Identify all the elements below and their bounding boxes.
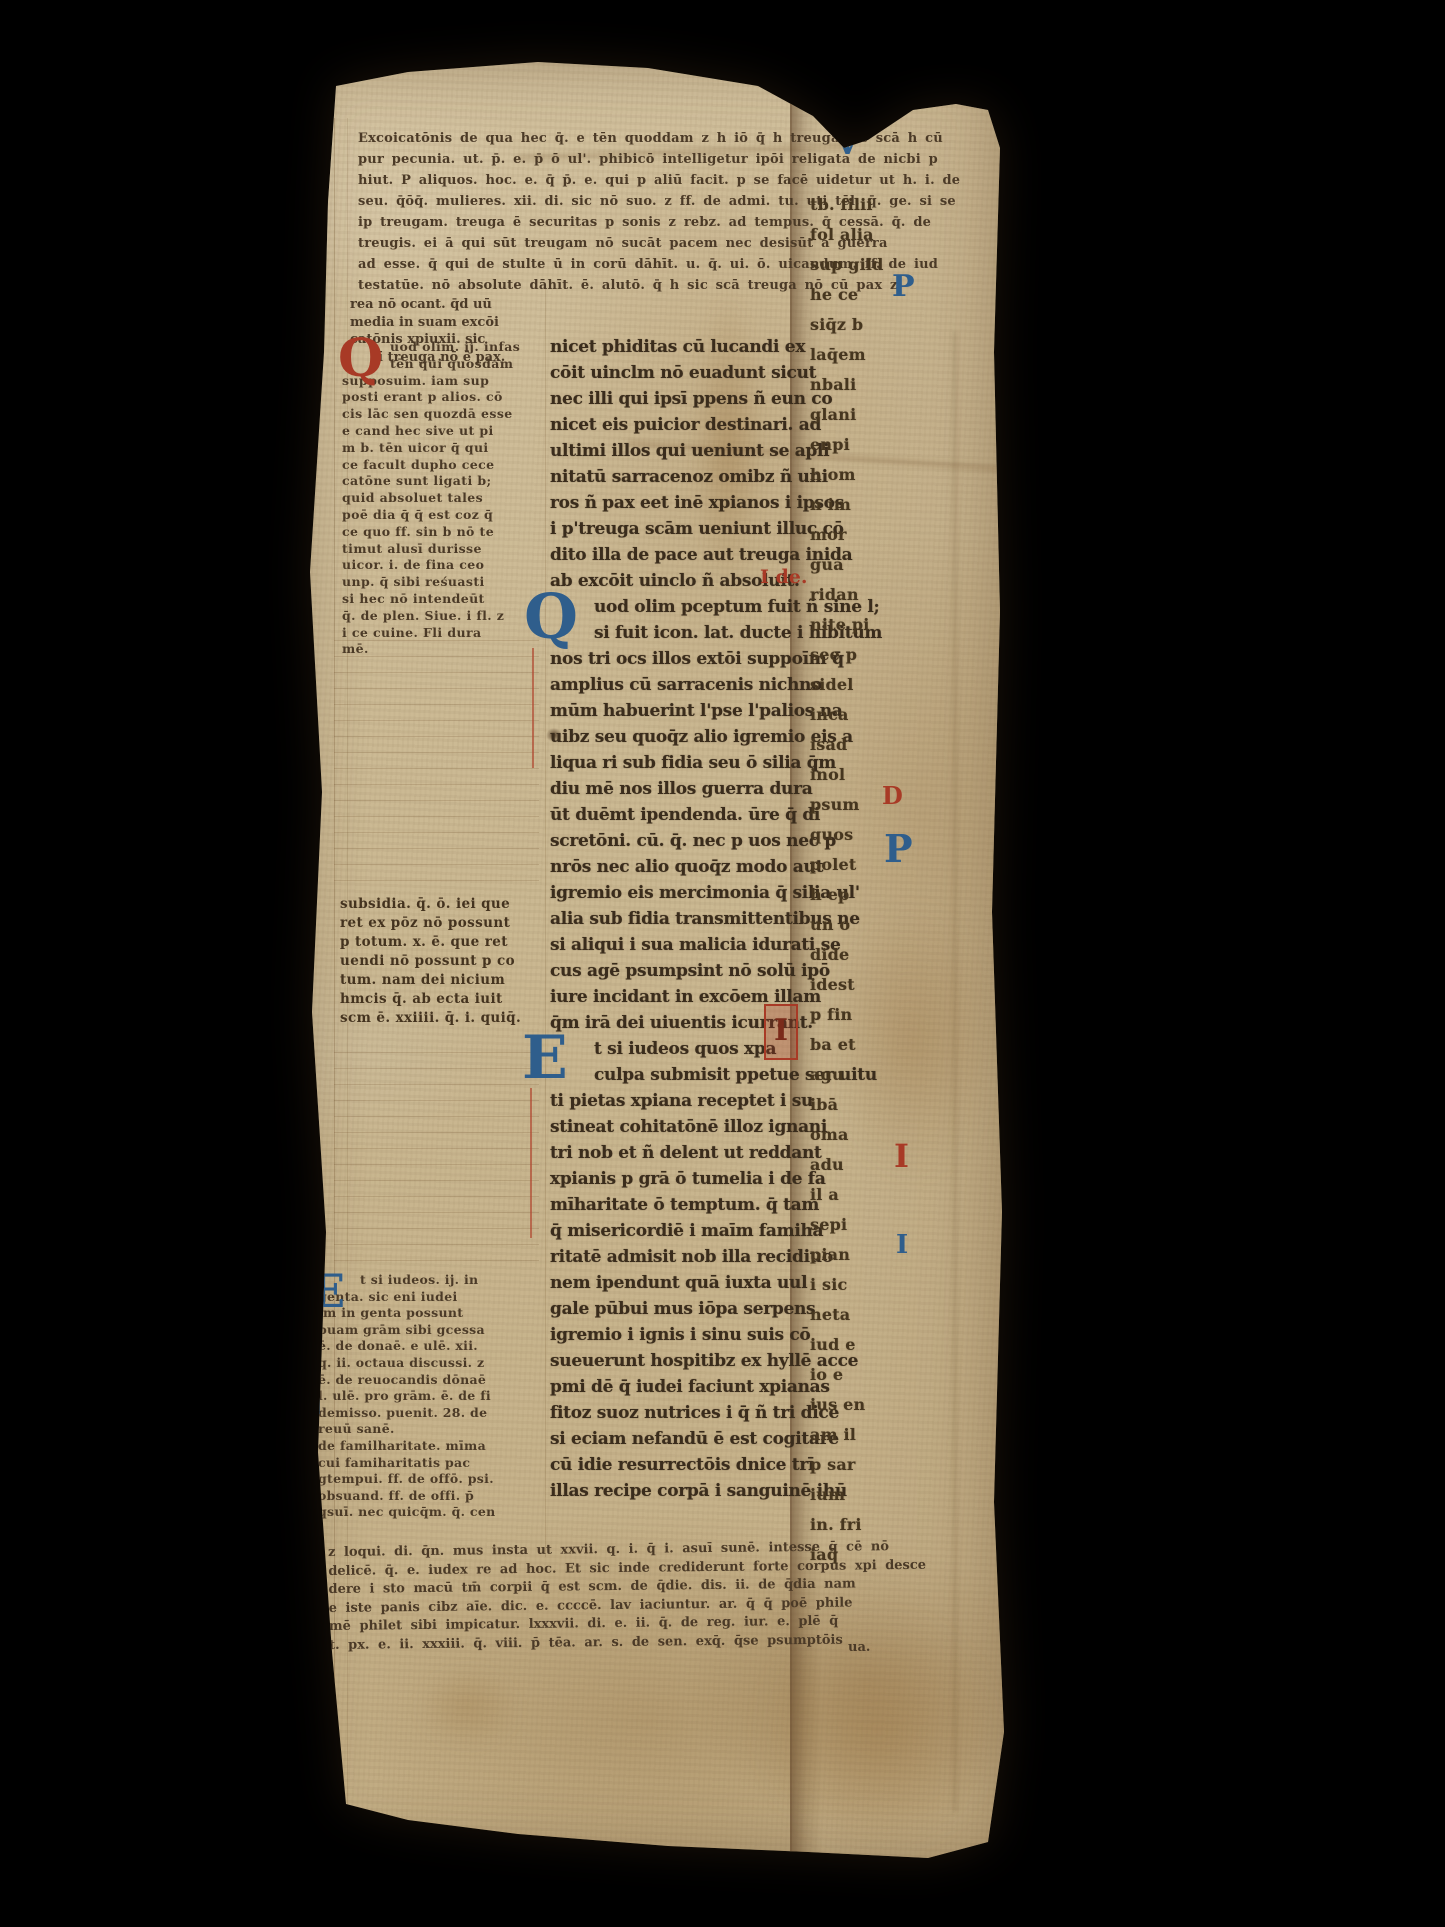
text-line: p fin [810,1000,1006,1030]
text-line: see p [810,640,1006,670]
manuscript-leaf: Excoicatōnis de qua hec q̄. e tēn quodda… [288,52,1010,1864]
text-line: cū idie resurrectōis dnice trī [550,1452,804,1478]
text-line: isad [810,730,1006,760]
main-initial-E-blue: E [522,1028,568,1088]
gloss-initial-E-blue: E [310,1268,345,1314]
text-line: ip treugam. treuga ē securitas p sonis z… [358,212,888,233]
text-line: uibz seu quoq̄z alio igremio eis a [550,724,804,750]
text-line: mūm habuerint l'pse l'palios na [550,698,804,724]
text-line: p sar [810,1450,1006,1480]
text-line: uicor. i. de fina ceo [342,557,524,574]
text-line: posti erant p alios. cō [342,389,524,406]
text-line: de familharitate. mīma [318,1438,495,1455]
text-line: ridan [810,580,1006,610]
text-line: ius en [810,1390,1006,1420]
text-line: nec illi qui ipsī ppens ñ eun co [550,386,804,412]
text-line: il a [810,1180,1006,1210]
text-line: reuū sanē. [318,1421,495,1438]
text-line: h om [810,460,1006,490]
text-line: l. ulē. pro grām. ē. de fi [318,1388,495,1405]
text-line: tum. nam dei nicium [340,971,521,990]
text-line: nicet phiditas cū lucandi ex [550,334,804,360]
text-line: nicet eis puicior destinari. ad [550,412,804,438]
catch-mark-V-blue: V [834,126,860,160]
text-line: scretōni. cū. q̄. nec p uos nec p [550,828,804,854]
main-paraph-I-red: I de. [760,568,808,587]
text-line: scm ē. xxiiii. q̄. i. quiq̄. [340,1009,521,1028]
text-line: iaq̄ [810,1540,1006,1570]
text-line: hmcis q̄. ab ecta iuit [340,990,521,1009]
text-line: q̄. de plen. Siue. i fl. z [342,608,524,625]
text-line: igremio i ignis i sinu suis cō [550,1322,804,1348]
text-line: cus agē psumpsint nō solū ipō [550,958,804,984]
text-line: qsuī. nec quicq̄m. q̄. cen [318,1504,495,1521]
text-line: h ep [810,880,1006,910]
strip-initial-I-red: I [894,1140,909,1172]
text-line: pmi dē q̄ iudei faciunt xpianas [550,1374,804,1400]
text-line: dito illa de pace aut treuga inida [550,542,804,568]
text-line: ce quo ff. sin b nō te [342,524,524,541]
text-line: si aliqui i sua malicia idurati se [550,932,804,958]
text-line: nrōs nec alio quoq̄z modo aut [550,854,804,880]
text-line: gtempui. ff. de offō. psi. [318,1471,495,1488]
text-line: ba et [810,1030,1006,1060]
text-line: p totum. x. ē. que ret [340,933,521,952]
text-line: subsidia. q̄. ō. iei que [340,895,521,914]
text-line: enpi [810,430,1006,460]
strip-initial-P-blue-1: P [892,272,915,302]
text-line: amplius cū sarracenis nichno [550,672,804,698]
text-line: io e [810,1360,1006,1390]
main-boxed-I-red: I [764,1004,798,1060]
text-line: inca [810,700,1006,730]
text-line: ce facult dupho cece [342,457,524,474]
text-line: uod olim pceptum fuit ñ sine l; [550,594,804,620]
text-line: illas recipe corpā i sanguinē ihū [550,1478,804,1504]
text-line: rea nō ocant. q̄d uū [350,296,505,314]
text-line: cui famiharitatis pac [318,1455,495,1472]
text-line: gua [810,550,1006,580]
text-line: ad esse. q̄ qui de stulte ū in corū dāhī… [358,254,888,275]
text-line: xpianis p grā ō tumelia i de fa [550,1166,804,1192]
text-line: obsuand. ff. de offi. p̄ [318,1488,495,1505]
text-line: mē. [342,641,524,658]
text-line: nitatū sarracenoz omibz ñ uni [550,464,804,490]
text-line: culpa submisit ppetue ser uitu [550,1062,804,1088]
strip-initial-P-blue-2: P [884,830,913,868]
text-line: neta [810,1300,1006,1330]
ruling-lines [334,640,539,895]
text-line: ium [810,1480,1006,1510]
text-line: sueuerunt hospitibz ex hyllē acce [550,1348,804,1374]
text-line: timut alusī durisse [342,541,524,558]
text-line: Excoicatōnis de qua hec q̄. e tēn quodda… [358,128,888,149]
text-line: tb. filii [810,190,1006,220]
text-line: si fuit icon. lat. ducte i hibitum [550,620,804,646]
text-line: ē. de donaē. e ulē. xii. [318,1338,495,1355]
text-line: glani [810,400,1006,430]
text-line: mor [810,520,1006,550]
text-line: demisso. puenit. 28. de [318,1405,495,1422]
gloss-initial-E-blue-flourish [318,1314,320,1414]
ruling-lines [334,1052,539,1270]
text-line: treugis. ei ā qui sūt treugam nō sucāt p… [358,233,888,254]
text-line: inol [810,760,1006,790]
text-line: ibā [810,1090,1006,1120]
text-line: nem ipendunt quā iuxta uul [550,1270,804,1296]
adjacent-leaf-column: tb. filiifol aliasup gildhe cesiq̄z blaq… [810,190,1006,1570]
text-line: catōne sunt ligati b; [342,473,524,490]
ruling-vertical [545,287,546,1557]
text-line: tri nob et ñ delent ut reddant [550,1140,804,1166]
text-line: testatūe. nō absolute dāhīt. ē. alutō. q… [358,275,888,296]
text-line: in. fri [810,1510,1006,1540]
text-line: puam grām sibi gcessa [318,1322,495,1339]
text-line: iud e [810,1330,1006,1360]
gloss-end-mark: ua. [848,1640,870,1655]
text-line: cōit uinclm nō euadunt sicut [550,360,804,386]
text-line: i p'treuga scām ueniunt illuc cō [550,516,804,542]
parchment-surface: Excoicatōnis de qua hec q̄. e tēn quodda… [288,52,1010,1864]
text-line: q. ii. octaua discussi. z [318,1355,495,1372]
strip-initial-D-red: D [882,784,903,808]
text-line: pur pecunia. ut. p̄. e. p̄ ō ul'. phibic… [358,149,888,170]
text-line: idest [810,970,1006,1000]
text-line: ūt duēmt ipendenda. ūre q̄ di [550,802,804,828]
text-line: unp. q̄ sibi reśuasti [342,574,524,591]
text-line: ros ñ pax eet inē xpianos i ipsos [550,490,804,516]
text-line: cis lāc sen quozdā esse [342,406,524,423]
text-line: i sic [810,1270,1006,1300]
text-line: nbali [810,370,1006,400]
gloss-initial-Q-red: Q [338,333,383,385]
text-line: sidel [810,670,1006,700]
text-line: ultimi illos qui ueniunt se apli [550,438,804,464]
text-line: si hec nō intendeūt [342,591,524,608]
text-line: hiut. P aliquos. hoc. e. q̄ p̄. e. qui p… [358,170,888,191]
text-line: fol alia [810,220,1006,250]
text-line: liqua ri sub fidia seu ō silia q̄m [550,750,804,776]
text-line: e cand hec sive ut pi [342,423,524,440]
text-line: gale pūbui mus iōpa serpens [550,1296,804,1322]
text-line: mīharitate ō temptum. q̄ tam [550,1192,804,1218]
left-gloss-subsidia: subsidia. q̄. ō. iei queret ex pōz nō po… [340,895,521,1028]
stain [418,1667,518,1747]
text-line: m b. tēn uicor q̄ qui [342,440,524,457]
text-line: nite pi [810,610,1006,640]
text-line: psum [810,790,1006,820]
top-margin-gloss: Excoicatōnis de qua hec q̄. e tēn quodda… [358,128,888,296]
text-line: laq̄em [810,340,1006,370]
text-line: siq̄z b [810,310,1006,340]
text-line: poē dia q̄ q̄ est coz q̄ [342,507,524,524]
text-line: q̄ misericordiē i maīm famiha [550,1218,804,1244]
text-line: nos tri ocs illos extōi suppoīm q̄ [550,646,804,672]
text-line: un o [810,910,1006,940]
main-initial-E-blue-flourish [530,1088,532,1238]
text-line: ti pietas xpiana receptet i su [550,1088,804,1114]
text-line: ret ex pōz nō possunt [340,914,521,933]
text-line: diu mē nos illos guerra dura [550,776,804,802]
text-line: dide [810,940,1006,970]
text-line: alia sub fidia transmittentibus ne [550,906,804,932]
main-initial-Q-blue: Q [524,586,578,648]
text-line: agu [810,1060,1006,1090]
main-text-column: nicet phiditas cū lucandi excōit uinclm … [550,334,804,1504]
text-line: ē. de reuocandis dōnaē [318,1372,495,1389]
text-line: am il [810,1420,1006,1450]
photo-background: { "meta": { "description": "Photograph o… [0,0,1445,1927]
main-initial-Q-blue-flourish [532,648,534,768]
text-line: stineat cohitatōnē illoz ignani [550,1114,804,1140]
text-line: igremio eis mercimonia q̄ silia ul' [550,880,804,906]
text-line: uendi nō possunt p co [340,952,521,971]
text-line: i ce cuine. Fli dura [342,625,524,642]
text-line: ritatē admisit nob illa recidiuo [550,1244,804,1270]
text-line: seu. q̄ōq̄. mulieres. xii. di. sic nō su… [358,191,888,212]
text-line: quid absoluet tales [342,490,524,507]
text-line: fitoz suoz nutrices i q̄ ñ tri dicē [550,1400,804,1426]
text-line: si eciam nefandū ē est cogitare [550,1426,804,1452]
strip-initial-I-blue: I [896,1232,908,1258]
text-line: n im [810,490,1006,520]
